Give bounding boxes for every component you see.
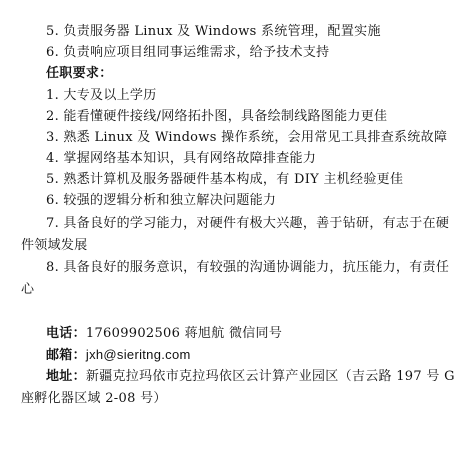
requirement-item-3: 3. 熟悉 Linux 及 Windows 操作系统，会用常见工具排查系统故障 bbox=[46, 130, 447, 146]
contact-address-line1: 地址：新疆克拉玛依市克拉玛依区云计算产业园区（吉云路 197 号 G bbox=[46, 369, 455, 385]
requirement-item-5: 5. 熟悉计算机及服务器硬件基本构成，有 DIY 主机经验更佳 bbox=[46, 172, 403, 188]
requirement-item-8-line1: 8. 具备良好的服务意识，有较强的沟通协调能力，抗压能力，有责任 bbox=[46, 260, 449, 276]
requirement-item-7-line1: 7. 具备良好的学习能力，对硬件有极大兴趣，善于钻研，有志于在硬 bbox=[46, 216, 449, 232]
requirement-item-4: 4. 掌握网络基本知识，具有网络故障排查能力 bbox=[46, 151, 316, 167]
email-label: 邮箱： bbox=[46, 348, 86, 363]
phone-value: 17609902506 蒋旭航 微信同号 bbox=[86, 326, 282, 341]
email-value[interactable]: jxh@sieritng.com bbox=[86, 347, 191, 362]
requirement-item-1: 1. 大专及以上学历 bbox=[46, 88, 157, 104]
requirements-heading: 任职要求： bbox=[46, 66, 113, 82]
duty-item-6: 6. 负责响应项目组同事运维需求，给予技术支持 bbox=[46, 45, 329, 61]
requirement-item-2: 2. 能看懂硬件接线/网络拓扑图，具备绘制线路图能力更佳 bbox=[46, 109, 387, 125]
contact-email: 邮箱：jxh@sieritng.com bbox=[46, 347, 191, 364]
contact-address-line2: 座孵化器区域 2-08 号） bbox=[21, 391, 167, 407]
requirement-item-6: 6. 较强的逻辑分析和独立解决问题能力 bbox=[46, 193, 276, 209]
requirement-item-8-line2: 心 bbox=[21, 282, 34, 298]
contact-phone: 电话：17609902506 蒋旭航 微信同号 bbox=[46, 326, 282, 342]
duty-item-5: 5. 负责服务器 Linux 及 Windows 系统管理，配置实施 bbox=[46, 24, 381, 40]
address-value: 新疆克拉玛依市克拉玛依区云计算产业园区（吉云路 197 号 G bbox=[86, 369, 455, 384]
phone-label: 电话： bbox=[46, 326, 86, 341]
address-label: 地址： bbox=[46, 369, 86, 384]
requirement-item-7-line2: 件领域发展 bbox=[21, 238, 88, 254]
